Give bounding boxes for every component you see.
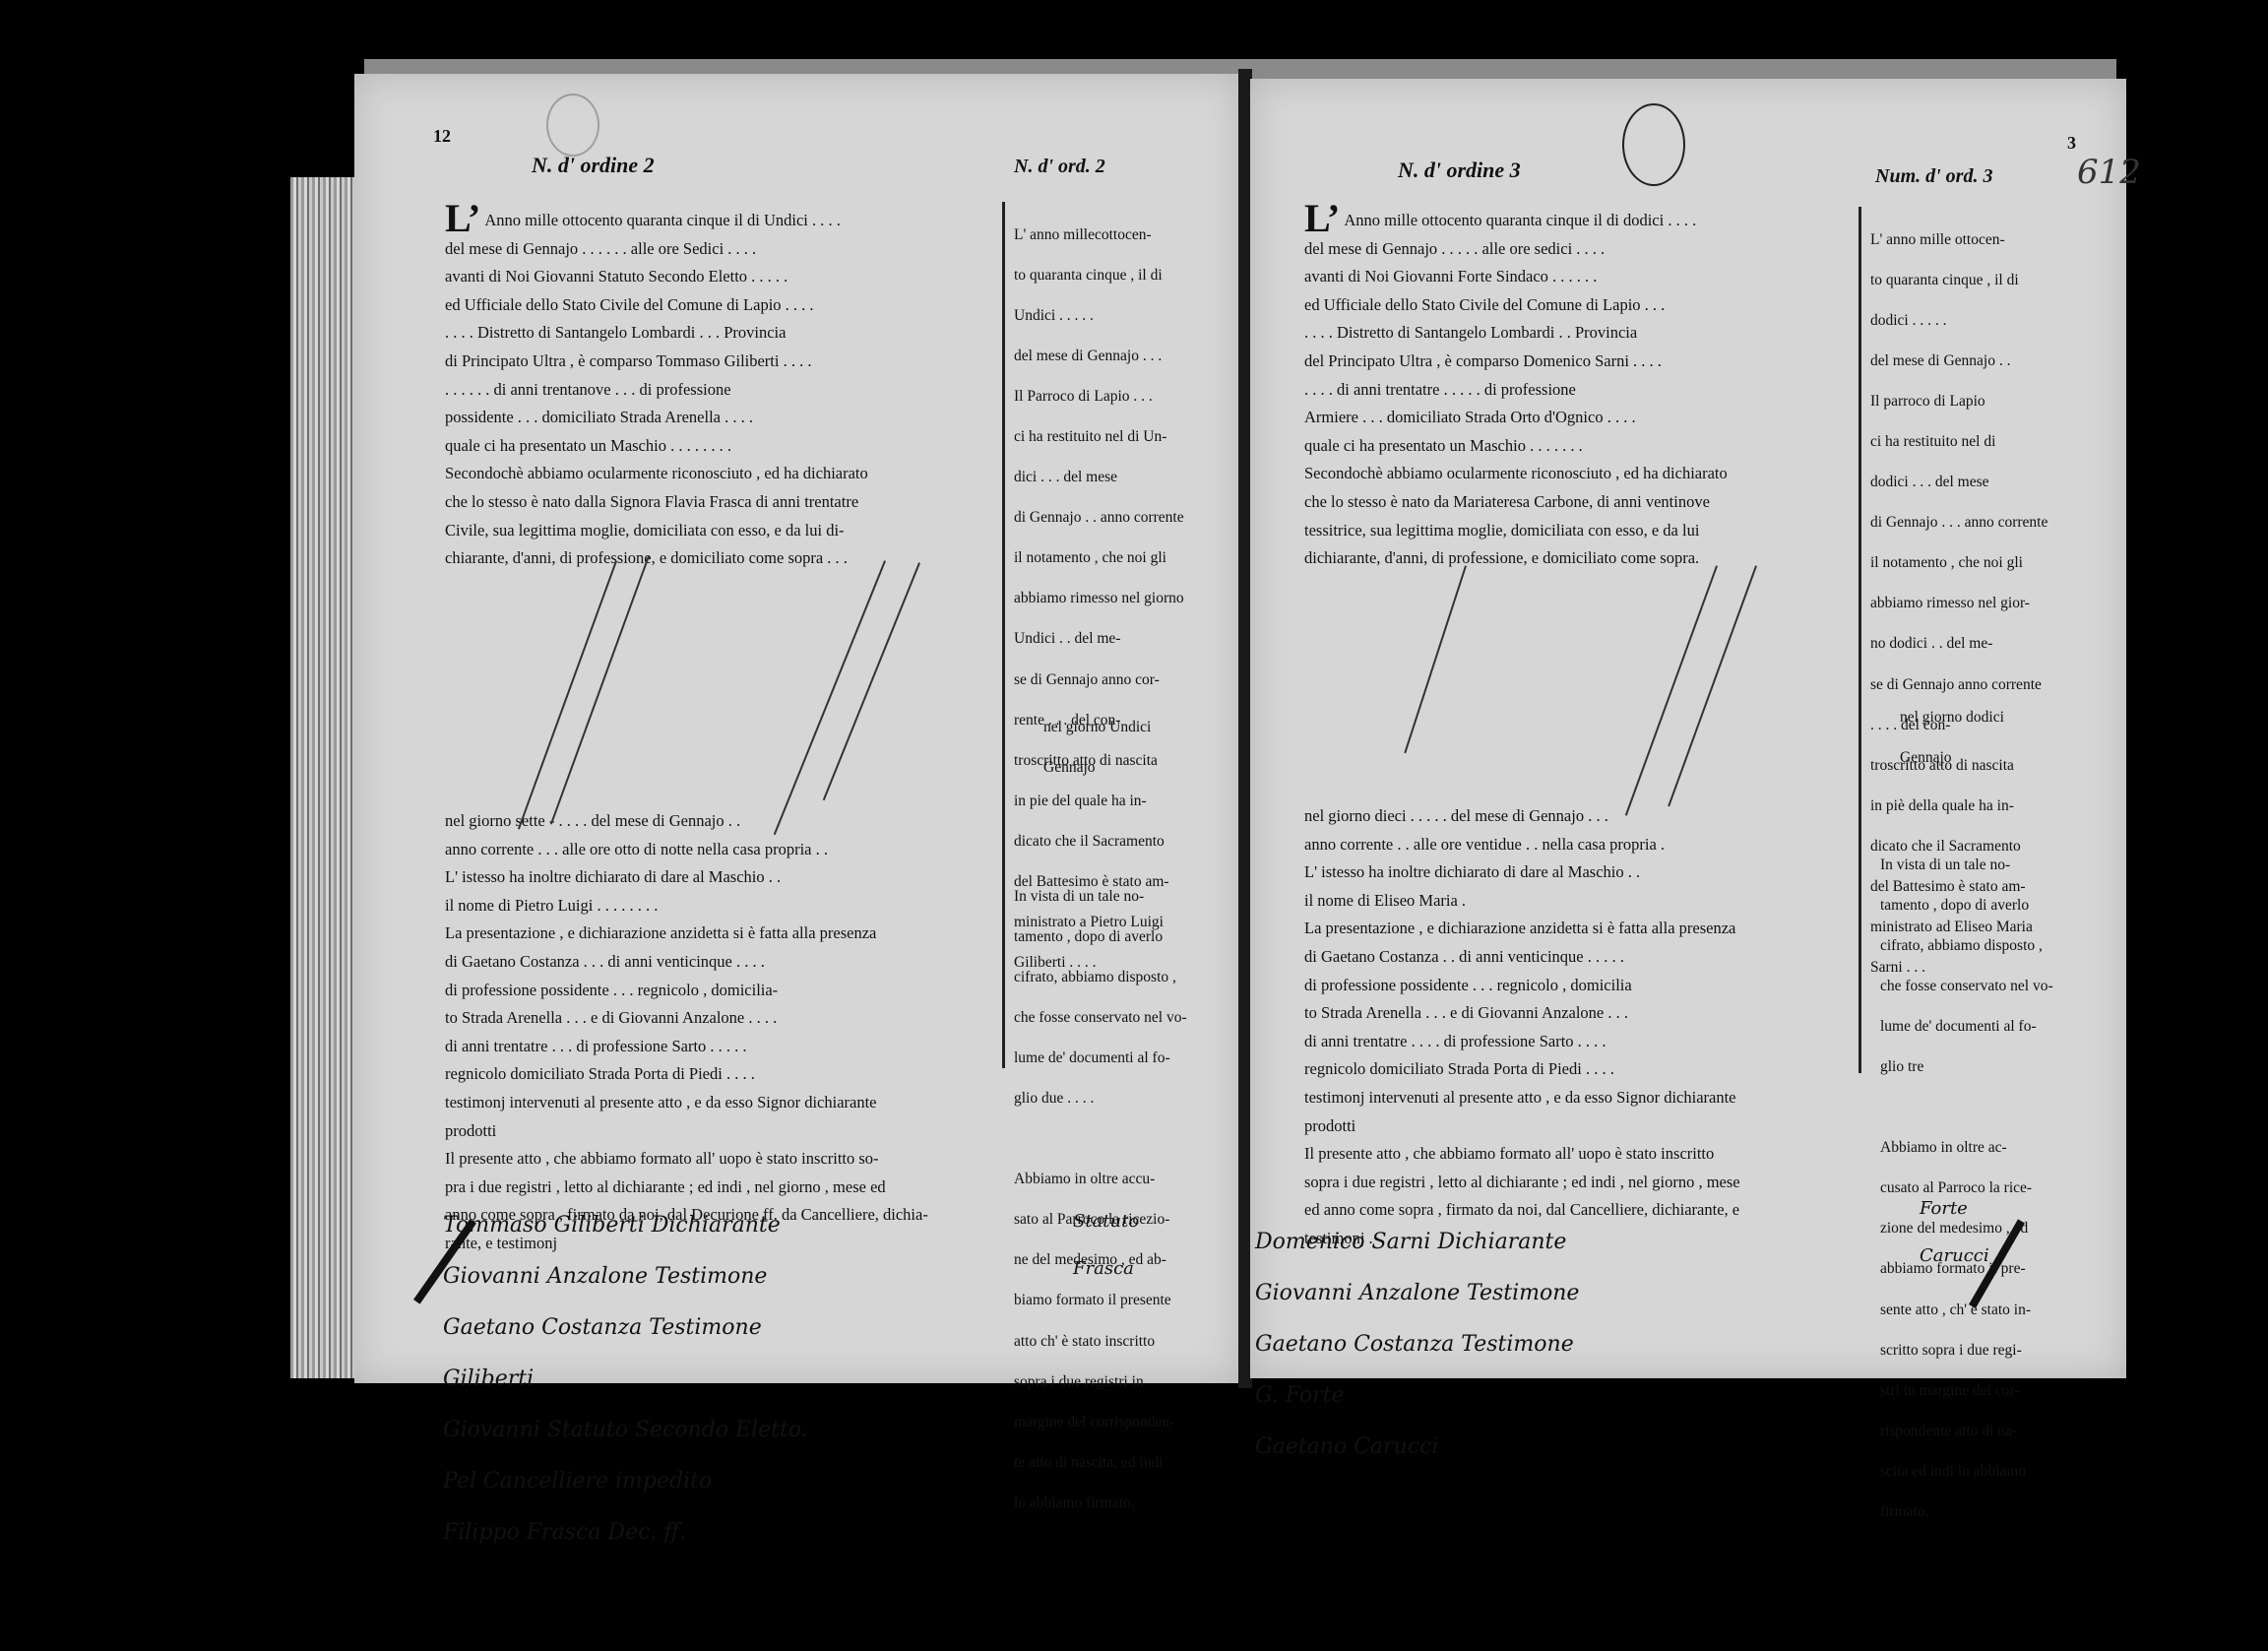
signature-line: Domenico Sarni Dichiarante <box>1255 1228 1846 1257</box>
text-line: to Strada Arenella . . . e di Giovanni A… <box>1304 999 1851 1028</box>
margin-line: in piè della quale ha in- <box>1870 794 2116 819</box>
right-order-header: N. d' ordine 3 <box>1398 158 1521 183</box>
margin-line: cifrato, abbiamo disposto , <box>1014 965 1230 990</box>
margin-line: lo abbiamo firmato. <box>1014 1491 1230 1516</box>
margin-line: Gennajo <box>1900 745 2097 771</box>
text-line: di anni trentatre . . . di professione S… <box>445 1033 996 1061</box>
margin-line: scritto sopra i due regi- <box>1880 1338 2116 1364</box>
margin-line: che fosse conservato nel vo- <box>1880 974 2116 999</box>
margin-line: Il parroco di Lapio <box>1870 389 2116 414</box>
text-line: del mese di Gennajo . . . . . alle ore s… <box>1304 235 1851 264</box>
text-line: sopra i due registri , letto al dichiara… <box>1304 1169 1851 1197</box>
left-signatures: Tommaso Giliberti DichiaranteGiovanni An… <box>443 1189 994 1569</box>
text-line: Il presente atto , che abbiamo formato a… <box>1304 1140 1851 1169</box>
text-line: anno corrente . . . alle ore otto di not… <box>445 836 996 864</box>
signature-line: Carucci <box>1920 1241 2116 1271</box>
margin-line: tamento , dopo di averlo <box>1014 924 1230 950</box>
left-page-number: 12 <box>433 126 451 147</box>
text-line: testimonj intervenuti al presente atto ,… <box>445 1089 996 1117</box>
text-line: to Strada Arenella . . . e di Giovanni A… <box>445 1004 996 1033</box>
text-line: di Principato Ultra , è comparso Tommaso… <box>445 348 996 376</box>
margin-line: di Gennajo . . anno corrente <box>1014 505 1230 531</box>
initials-mark <box>1622 103 1685 186</box>
margin-line: Undici . . del me- <box>1014 626 1230 652</box>
margin-line: ci ha restituito nel di <box>1870 429 2116 455</box>
margin-line: no dodici . . del me- <box>1870 631 2116 657</box>
text-line: di professione possidente . . . regnicol… <box>445 977 996 1005</box>
margin-line: L' anno millecottocen- <box>1014 222 1230 248</box>
margin-line: margine del corrisponden- <box>1014 1410 1230 1435</box>
text-line: il nome di Pietro Luigi . . . . . . . . <box>445 892 996 921</box>
column-divider <box>1858 207 1861 1073</box>
margin-line: lume de' documenti al fo- <box>1014 1046 1230 1071</box>
right-birth-text: nel giorno dieci . . . . . del mese di G… <box>1304 802 1851 1253</box>
text-line: quale ci ha presentato un Maschio . . . … <box>445 432 996 461</box>
text-line: avanti di Noi Giovanni Statuto Secondo E… <box>445 263 996 291</box>
margin-line: abbiamo rimesso nel gior- <box>1870 591 2116 616</box>
signature-line: Giovanni Anzalone Testimone <box>1255 1279 1846 1308</box>
initial-capital: L’ <box>445 196 480 240</box>
margin-line: glio tre <box>1880 1054 2116 1080</box>
right-page-number: 3 <box>2067 133 2076 154</box>
text-line: ed Ufficiale dello Stato Civile del Comu… <box>445 291 996 320</box>
text-line: Secondochè abbiamo ocularmente riconosci… <box>445 460 996 488</box>
text-line: quale ci ha presentato un Maschio . . . … <box>1304 432 1851 461</box>
margin-line: L' anno mille ottocen- <box>1870 227 2116 253</box>
text-line: di Gaetano Costanza . . di anni venticin… <box>1304 943 1851 972</box>
text-line: di professione possidente . . . regnicol… <box>1304 972 1851 1000</box>
text-line: Secondochè abbiamo ocularmente riconosci… <box>1304 460 1851 488</box>
text-line: di anni trentatre . . . . di professione… <box>1304 1028 1851 1056</box>
margin-line: In vista di un tale no- <box>1014 884 1230 910</box>
margin-line: Abbiamo in oltre accu- <box>1014 1167 1230 1192</box>
margin-line <box>1014 1126 1230 1152</box>
text-line: avanti di Noi Giovanni Forte Sindaco . .… <box>1304 263 1851 291</box>
text-line: che lo stesso è nato da Mariateresa Carb… <box>1304 488 1851 517</box>
signature-line: Gaetano Carucci <box>1255 1432 1846 1462</box>
text-line: del Principato Ultra , è comparso Domeni… <box>1304 348 1851 376</box>
text-line: L' istesso ha inoltre dichiarato di dare… <box>1304 858 1851 887</box>
signature-line: Pel Cancelliere impedito <box>443 1467 994 1496</box>
signature-line: Tommaso Giliberti Dichiarante <box>443 1211 994 1240</box>
margin-line: se di Gennajo anno cor- <box>1014 667 1230 693</box>
margin-line: nel giorno dodici <box>1900 705 2097 730</box>
margin-line: Gennajo <box>1043 755 1240 781</box>
margin-line: che fosse conservato nel vo- <box>1014 1005 1230 1031</box>
margin-line: Il Parroco di Lapio . . . <box>1014 384 1230 410</box>
margin-line: Undici . . . . . <box>1014 303 1230 329</box>
text-line: regnicolo domiciliato Strada Porta di Pi… <box>445 1060 996 1089</box>
margin-line: di Gennajo . . . anno corrente <box>1870 510 2116 536</box>
left-margin-day: nel giorno UndiciGennajo <box>1043 699 1240 795</box>
text-line: L’Anno mille ottocento quaranta cinque i… <box>1304 205 1851 235</box>
text-line: nel giorno dieci . . . . . del mese di G… <box>1304 802 1851 831</box>
text-line: di Gaetano Costanza . . . di anni ventic… <box>445 948 996 977</box>
text-line: che lo stesso è nato dalla Signora Flavi… <box>445 488 996 517</box>
text-line: il nome di Eliseo Maria . <box>1304 887 1851 916</box>
margin-line: sopra i due registri in <box>1014 1369 1230 1395</box>
margin-line: scita ed indi lo abbiamo <box>1880 1459 2116 1485</box>
signature-line: Giliberti <box>443 1365 994 1394</box>
left-order-header: N. d' ordine 2 <box>532 153 655 178</box>
signature-line: Frasca <box>1073 1254 1221 1284</box>
margin-line: atto ch' è stato inscritto <box>1014 1329 1230 1355</box>
text-line: nel giorno sette - . . . . del mese di G… <box>445 807 996 836</box>
margin-line: il notamento , che noi gli <box>1014 545 1230 571</box>
text-line: prodotti <box>1304 1112 1851 1141</box>
text-line: . . . . Distretto di Santangelo Lombardi… <box>445 319 996 348</box>
text-line: Civile, sua legittima moglie, domiciliat… <box>445 517 996 545</box>
text-line: . . . . Distretto di Santangelo Lombardi… <box>1304 319 1851 348</box>
margin-line: to quaranta cinque , il di <box>1014 263 1230 288</box>
right-signatures: Domenico Sarni DichiaranteGiovanni Anzal… <box>1255 1206 1846 1484</box>
margin-line: tamento , dopo di averlo <box>1880 893 2116 919</box>
text-line: La presentazione , e dichiarazione anzid… <box>445 920 996 948</box>
text-line: Anno mille ottocento quaranta cinque il … <box>1344 211 1696 229</box>
faded-stamp <box>546 94 599 157</box>
right-margin-day: nel giorno dodiciGennajo <box>1900 689 2097 786</box>
left-margin-signatures: StatutoFrasca <box>1073 1189 1221 1302</box>
margin-line: nel giorno Undici <box>1043 715 1240 740</box>
margin-line <box>1880 1095 2116 1120</box>
margin-line: dici . . . del mese <box>1014 465 1230 490</box>
margin-line: firmato. <box>1880 1499 2116 1525</box>
text-line: chiarante, d'anni, di professione, e dom… <box>445 544 996 573</box>
margin-line: del mese di Gennajo . . <box>1870 349 2116 374</box>
margin-line: del mese di Gennajo . . . <box>1014 344 1230 369</box>
margin-line: to quaranta cinque , il di <box>1870 268 2116 293</box>
text-line: ed Ufficiale dello Stato Civile del Comu… <box>1304 291 1851 320</box>
text-line: Anno mille ottocento quaranta cinque il … <box>484 211 841 229</box>
text-line: L' istesso ha inoltre dichiarato di dare… <box>445 863 996 892</box>
text-line: . . . . . . di anni trentanove . . . di … <box>445 376 996 405</box>
text-line: testimonj intervenuti al presente atto ,… <box>1304 1084 1851 1112</box>
margin-line: abbiamo rimesso nel giorno <box>1014 586 1230 611</box>
text-line: anno corrente . . alle ore ventidue . . … <box>1304 831 1851 859</box>
margin-line: In vista di un tale no- <box>1880 853 2116 878</box>
margin-line: Abbiamo in oltre ac- <box>1880 1135 2116 1161</box>
margin-line: cifrato, abbiamo disposto , <box>1880 933 2116 959</box>
text-line: prodotti <box>445 1117 996 1146</box>
margin-line: rispondente atto di na- <box>1880 1419 2116 1444</box>
column-divider <box>1002 202 1005 1068</box>
signature-line: Giovanni Statuto Secondo Eletto. <box>443 1416 994 1445</box>
margin-line: lume de' documenti al fo- <box>1880 1014 2116 1040</box>
signature-line: Filippo Frasca Dec. ff. <box>443 1518 994 1548</box>
signature-line: G. Forte <box>1255 1381 1846 1411</box>
margin-line: te atto di nascita, ed indi <box>1014 1450 1230 1476</box>
right-main-text: L’Anno mille ottocento quaranta cinque i… <box>1304 205 1851 573</box>
text-line: possidente . . . domiciliato Strada Aren… <box>445 404 996 432</box>
margin-line: dicato che il Sacramento <box>1014 829 1230 855</box>
text-line: La presentazione , e dichiarazione anzid… <box>1304 915 1851 943</box>
text-line: . . . . di anni trentatre . . . . . di p… <box>1304 376 1851 405</box>
book-page-edges <box>290 177 359 1378</box>
margin-line: dodici . . . del mese <box>1870 470 2116 495</box>
signature-line: Giovanni Anzalone Testimone <box>443 1262 994 1292</box>
signature-line: Statuto <box>1073 1207 1221 1237</box>
initial-capital: L’ <box>1304 196 1340 240</box>
right-margin-header: Num. d' ord. 3 <box>1875 165 1992 188</box>
margin-line: ci ha restituito nel di Un- <box>1014 424 1230 450</box>
text-line: del mese di Gennajo . . . . . . alle ore… <box>445 235 996 264</box>
text-line: tessitrice, sua legittima moglie, domici… <box>1304 517 1851 545</box>
signature-line: Gaetano Costanza Testimone <box>1255 1330 1846 1360</box>
text-line: regnicolo domiciliato Strada Porta di Pi… <box>1304 1055 1851 1084</box>
folio-annotation: 612 <box>2077 153 2141 192</box>
text-line: Il presente atto , che abbiamo formato a… <box>445 1145 996 1174</box>
margin-line: dodici . . . . . <box>1870 308 2116 334</box>
text-line: dichiarante, d'anni, di professione, e d… <box>1304 544 1851 573</box>
margin-line: stri in margine del cor- <box>1880 1378 2116 1404</box>
text-line: Armiere . . . domiciliato Strada Orto d'… <box>1304 404 1851 432</box>
left-main-text: L’Anno mille ottocento quaranta cinque i… <box>445 205 996 573</box>
margin-line: glio due . . . . <box>1014 1086 1230 1111</box>
signature-line: Gaetano Costanza Testimone <box>443 1313 994 1343</box>
margin-line: il notamento , che noi gli <box>1870 550 2116 576</box>
text-line: L’Anno mille ottocento quaranta cinque i… <box>445 205 996 235</box>
margin-line: sente atto , ch' è stato in- <box>1880 1298 2116 1323</box>
left-margin-header: N. d' ord. 2 <box>1014 156 1105 178</box>
